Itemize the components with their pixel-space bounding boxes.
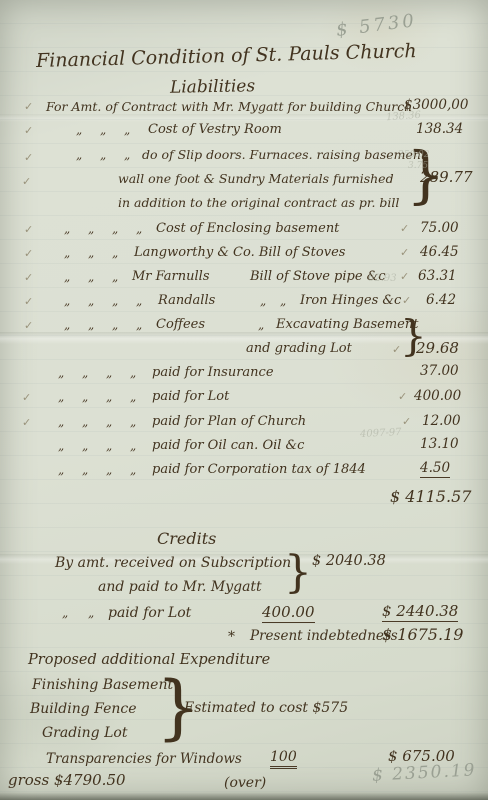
row-lot-amount: 400.00 — [414, 389, 461, 404]
row-stovepipe-name: Mr Farnulls — [132, 270, 210, 284]
ditto-mark: „ — [106, 391, 112, 404]
ditto-mark: „ — [88, 295, 94, 308]
ditto-mark: „ — [112, 247, 118, 260]
row-slipdoors-line2: wall one foot & Sundry Materials furnish… — [118, 172, 394, 186]
credits-subscription-amount: $ 2040.38 — [312, 554, 386, 570]
row-excavating-amount: 29.68 — [416, 340, 459, 357]
ditto-mark: „ — [58, 464, 64, 477]
row-enclosing-text: Cost of Enclosing basement — [156, 222, 339, 236]
present-indebtedness-amount: $ 1675.19 — [382, 626, 463, 644]
ditto-mark: „ — [64, 271, 70, 284]
credits-lot-text: paid for Lot — [108, 606, 191, 621]
ditto-mark: „ — [112, 319, 118, 332]
pencil-number-top: $ 5730 — [335, 11, 418, 41]
ditto-mark: „ — [88, 247, 94, 260]
tally-check-mark: ✓ — [24, 272, 33, 284]
ditto-mark: „ — [64, 295, 70, 308]
transparencies-amount: 100 — [270, 750, 297, 769]
tally-check-mark: ✓ — [22, 392, 31, 404]
ditto-mark: „ — [64, 319, 70, 332]
row-enclosing-amount: 75.00 — [420, 221, 459, 236]
asterisk-mark: * — [228, 630, 235, 645]
grouping-brace: } — [284, 551, 312, 595]
ditto-mark: „ — [130, 391, 136, 404]
ditto-mark: „ — [260, 295, 266, 308]
tally-check-mark: ✓ — [402, 416, 411, 428]
credits-subtotal: $ 2440.38 — [382, 603, 458, 622]
pencil-plan-note: 4097-97 — [360, 427, 402, 440]
ditto-mark: „ — [106, 416, 112, 429]
row-contract-text: For Amt. of Contract with Mr. Mygatt for… — [46, 100, 412, 114]
row-plan-amount: 12.00 — [422, 414, 461, 429]
proposed-item-grading-lot: Grading Lot — [42, 726, 127, 741]
ditto-mark: „ — [130, 416, 136, 429]
credits-subscription-line1: By amt. received on Subscription — [55, 556, 291, 571]
proposed-item-building-fence: Building Fence — [30, 702, 137, 717]
tally-check-mark: ✓ — [392, 344, 401, 356]
ditto-mark: „ — [124, 124, 130, 137]
row-insurance-text: paid for Insurance — [152, 366, 274, 380]
credits-lot-amount: 400.00 — [262, 604, 315, 623]
tally-check-mark: ✓ — [24, 248, 33, 260]
tally-check-mark: ✓ — [24, 101, 33, 113]
tally-check-mark: ✓ — [22, 176, 31, 188]
ditto-mark: „ — [88, 319, 94, 332]
row-tax-amount: 4.50 — [420, 461, 450, 478]
tally-check-mark: ✓ — [24, 152, 33, 164]
tally-check-mark: ✓ — [24, 224, 33, 236]
ditto-mark: „ — [88, 271, 94, 284]
row-plan-text: paid for Plan of Church — [152, 415, 306, 429]
section-heading-credits: Credits — [157, 530, 216, 548]
row-stoves-text: Langworthy & Co. Bill of Stoves — [134, 246, 345, 260]
ditto-mark: „ — [258, 319, 264, 332]
ditto-mark: „ — [130, 367, 136, 380]
ditto-mark: „ — [124, 149, 130, 162]
row-stoves-amount: 46.45 — [420, 245, 459, 260]
ditto-mark: „ — [82, 416, 88, 429]
tally-check-mark: ✓ — [402, 295, 411, 307]
row-hinges-text: Iron Hinges &c — [300, 294, 401, 308]
ditto-mark: „ — [82, 464, 88, 477]
tally-check-mark: ✓ — [24, 296, 33, 308]
row-slipdoors-line1: do of Slip doors. Furnaces. raising base… — [142, 148, 426, 162]
tally-check-mark: ✓ — [24, 125, 33, 137]
proposed-item-finishing-basement: Finishing Basement — [32, 678, 173, 693]
row-excavating-name: Coffees — [156, 318, 205, 332]
ditto-mark: „ — [82, 391, 88, 404]
pencil-number-bottom: $ 2350.19 — [372, 761, 477, 785]
paper-bottom-edge — [0, 792, 488, 800]
proposed-estimate: Estimated to cost $575 — [184, 701, 348, 716]
ditto-mark: „ — [62, 607, 68, 620]
over-note: (over) — [224, 776, 266, 791]
row-stovepipe-amount: 63.31 — [418, 269, 457, 284]
row-stovepipe-text: Bill of Stove pipe &c — [250, 270, 386, 284]
ditto-mark: „ — [106, 440, 112, 453]
section-heading-liabilities: Liabilities — [170, 77, 255, 97]
ditto-mark: „ — [64, 247, 70, 260]
ditto-mark: „ — [136, 223, 142, 236]
row-vestry-text: Cost of Vestry Room — [148, 123, 282, 137]
ditto-mark: „ — [106, 367, 112, 380]
row-excavating-line2: and grading Lot — [246, 342, 352, 356]
ditto-mark: „ — [82, 440, 88, 453]
ditto-mark: „ — [112, 295, 118, 308]
ditto-mark: „ — [76, 124, 82, 137]
row-slipdoors-line3: in addition to the original contract as … — [118, 196, 399, 210]
ditto-mark: „ — [88, 223, 94, 236]
ditto-mark: „ — [64, 223, 70, 236]
credits-subscription-line2: and paid to Mr. Mygatt — [98, 580, 262, 595]
tally-check-mark: ✓ — [400, 223, 409, 235]
row-hinges-name: Randalls — [158, 294, 215, 308]
document-title: Financial Condition of St. Pauls Church — [36, 41, 417, 72]
ditto-mark: „ — [112, 271, 118, 284]
tally-check-mark: ✓ — [398, 391, 407, 403]
ditto-mark: „ — [100, 149, 106, 162]
tally-check-mark: ✓ — [400, 271, 409, 283]
row-oil-text: paid for Oil can. Oil &c — [152, 439, 304, 453]
ditto-mark: „ — [82, 367, 88, 380]
row-oil-amount: 13.10 — [420, 437, 459, 452]
row-lot-text: paid for Lot — [152, 390, 229, 404]
row-hinges-amount: 6.42 — [426, 293, 456, 308]
ditto-mark: „ — [100, 124, 106, 137]
ditto-mark: „ — [88, 607, 94, 620]
pencil-faint-note: 250.02 — [398, 151, 430, 161]
row-excavating-line1: Excavating Basement — [276, 318, 418, 332]
tally-check-mark: ✓ — [400, 247, 409, 259]
ditto-mark: „ — [58, 416, 64, 429]
section-heading-proposed: Proposed additional Expenditure — [28, 653, 270, 669]
present-indebtedness-label: Present indebtedness — [250, 629, 398, 644]
ditto-mark: „ — [58, 440, 64, 453]
row-tax-text: paid for Corporation tax of 1844 — [152, 463, 366, 477]
row-insurance-amount: 37.00 — [420, 364, 459, 379]
transparencies-text: Transparencies for Windows — [46, 752, 242, 767]
ditto-mark: „ — [112, 223, 118, 236]
ditto-mark: „ — [106, 464, 112, 477]
tally-check-mark: ✓ — [24, 320, 33, 332]
gross-total: gross $4790.50 — [8, 772, 126, 789]
scanned-ledger-page: $ 5730 Financial Condition of St. Pauls … — [0, 0, 488, 800]
pencil-stovepipe-note: 62.93 — [368, 273, 397, 284]
ditto-mark: „ — [136, 319, 142, 332]
liabilities-total: $ 4115.57 — [390, 488, 471, 506]
ditto-mark: „ — [280, 295, 286, 308]
ditto-mark: „ — [136, 295, 142, 308]
ditto-mark: „ — [130, 464, 136, 477]
row-vestry-amount: 138.34 — [416, 122, 463, 137]
ditto-mark: „ — [58, 391, 64, 404]
ditto-mark: „ — [130, 440, 136, 453]
ditto-mark: „ — [76, 149, 82, 162]
tally-check-mark: ✓ — [22, 417, 31, 429]
ditto-mark: „ — [58, 367, 64, 380]
pencil-faint-note: 3.75 — [408, 162, 428, 172]
